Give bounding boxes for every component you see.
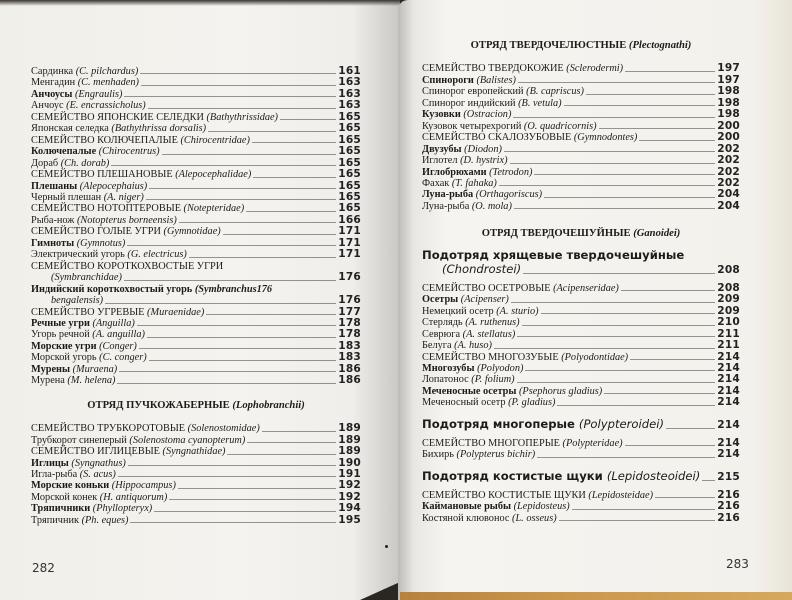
leader-dots — [119, 371, 336, 372]
index-entry-continued: bengalensis) 176 — [31, 295, 361, 306]
leader-dots — [105, 303, 336, 304]
entry-ru: Рыба-нож — [31, 215, 74, 226]
entry-ru: Морской конек — [31, 492, 97, 503]
entry-ru: Иглицы — [31, 458, 69, 469]
latin-text: Lophobranchii — [236, 400, 301, 411]
entry-latin: (B. capriscus) — [524, 86, 584, 97]
entry-title: Менгадин (C. menhaden) — [31, 77, 139, 88]
entry-latin: (H. antiquorum) — [97, 492, 167, 503]
order-heading: ОТРЯД ПУЧКОЖАБЕРНЫЕ (Lophobranchii) — [31, 400, 361, 411]
species-entry: Морской конек (H. antiquorum)192 — [31, 492, 361, 503]
suborder-ru: Подотряд многоперые — [422, 417, 575, 431]
entry-latin: (Ph. eques) — [79, 515, 128, 526]
suborder-ru: Подотряд хрящевые твердочешуйные — [422, 248, 740, 262]
entry-page: 216 — [717, 513, 740, 524]
entry-page: 176 — [338, 295, 361, 306]
entry-latin: (Notepteridae) — [181, 203, 244, 214]
leader-dots — [559, 520, 716, 521]
entry-latin: (L. osseus) — [509, 513, 556, 524]
entry-title: Стерлядь (A. ruthenus) — [422, 317, 520, 328]
species-entry: Рыба-нож (Notopterus borneensis)166 — [31, 215, 361, 226]
entry-title: Морские угри (Conger) — [31, 341, 137, 352]
genus-entry: Иглицы (Syngnathus)190 — [31, 458, 361, 469]
entry-latin: (A. sturio) — [494, 306, 539, 317]
index-entry: Индийский короткохвостый угорь (Symbranc… — [31, 284, 361, 295]
species-entry: Костяной клювонос (L. osseus)216 — [422, 513, 740, 524]
species-entry: Менгадин (C. menhaden)163 — [31, 77, 361, 88]
entry-title: Многозубы (Polyodon) — [422, 363, 523, 374]
entry-title: Кузовки (Ostracion) — [422, 109, 511, 120]
leader-dots — [517, 382, 716, 383]
leader-dots — [162, 154, 337, 155]
entry-latin: (Gymnotus) — [74, 238, 125, 249]
entry-latin: (Phyllopteryx) — [90, 503, 152, 514]
entry-title: Морской угорь (C. conger) — [31, 352, 147, 363]
entry-ru: Речные угри — [31, 318, 90, 329]
genus-entry: Морские угри (Conger)183 — [31, 341, 361, 352]
entry-page: 186 — [338, 375, 361, 386]
entry-page: 165 — [338, 169, 361, 180]
entry-latin: (Syngnathus) — [69, 458, 126, 469]
species-entry: Бихирь (Polypterus bichir)214 — [422, 449, 740, 460]
entry-title: Черный плешан (A. niger) — [31, 192, 144, 203]
latin-text: Chondrostei — [447, 262, 517, 276]
leader-dots — [666, 428, 715, 429]
species-entry: Трубкорот синеперый (Solenostoma cyanopt… — [31, 435, 361, 446]
leader-dots — [154, 511, 336, 512]
genus-entry: Двузубы (Diodon)202 — [422, 144, 740, 155]
family-entry: СЕМЕЙСТВО КОЛЮЧЕПАЛЫЕ (Chirocentridae)16… — [31, 135, 361, 146]
leader-dots — [513, 117, 715, 118]
species-entry: Меченосный осетр (P. gladius)214 — [422, 397, 740, 408]
leader-dots — [655, 497, 715, 498]
entry-title: СЕМЕЙСТВО УГРЕВЫЕ (Muraenidae) — [31, 307, 204, 318]
species-entry: Игла-рыба (S. acus)191 — [31, 469, 361, 480]
entry-ru: Каймановые рыбы — [422, 501, 511, 512]
genus-entry: Мурены (Muraena)186 — [31, 364, 361, 375]
species-entry: Белуга (A. huso)211 — [422, 340, 740, 351]
leader-dots — [280, 119, 336, 120]
entry-title: СЕМЕЙСТВО МНОГОПЕРЫЕ (Polypteridae) — [422, 438, 623, 449]
suborder-latin: (Lepidosteoidei) — [607, 469, 700, 483]
entry-title: Иглобрюхами (Tetrodon) — [422, 167, 532, 178]
entry-ru: СЕМЕЙСТВО ОСЕТРОВЫЕ — [422, 283, 551, 294]
entry-title: Костяной клювонос (L. osseus) — [422, 513, 557, 524]
latin-text: Plectognathi — [632, 40, 687, 51]
entry-ru: Бихирь — [422, 449, 454, 460]
leader-dots — [518, 82, 715, 83]
entry-latin: (M. helena) — [65, 375, 116, 386]
entry-ru: Иглотел — [422, 155, 458, 166]
entry-title: СЕМЕЙСТВО ТРУБКОРОТОВЫЕ (Solenostomidae) — [31, 423, 260, 434]
entry-ru: Мурены — [31, 364, 70, 375]
entry-latin: (Polypteridae) — [560, 438, 623, 449]
order-heading: ОТРЯД ТВЕРДОЧЕЛЮСТНЫЕ (Plectognathi) — [422, 40, 740, 51]
entry-title: Севрюга (A. stellatus) — [422, 329, 515, 340]
entry-ru: СЕМЕЙСТВО КОЛЮЧЕПАЛЫЕ — [31, 135, 178, 146]
family-entry: СЕМЕЙСТВО НОТОПТЕРОВЫЕ (Notepteridae)165 — [31, 203, 361, 214]
leader-dots — [118, 476, 337, 477]
entry-latin: (Solenostoma cyanopterum) — [127, 435, 245, 446]
entry-latin: (Symbranchidae) — [51, 272, 122, 283]
leader-dots — [537, 457, 715, 458]
entry-title: СЕМЕЙСТВО КОЛЮЧЕПАЛЫЕ (Chirocentridae) — [31, 135, 250, 146]
entry-latin: (T. fahaka) — [449, 178, 497, 189]
entry-title: СЕМЕЙСТВО НОТОПТЕРОВЫЕ (Notepteridae) — [31, 203, 244, 214]
entry-title: Тряпичник (Ph. eques) — [31, 515, 128, 526]
entry-latin: (Hippocampus) — [109, 480, 176, 491]
entry-title: Электрический угорь (G. electricus) — [31, 249, 187, 260]
genus-entry: Каймановые рыбы (Lepidosteus)216 — [422, 501, 740, 512]
leader-dots — [541, 313, 716, 314]
entry-title: Анчоусы (Engraulis) — [31, 89, 122, 100]
family-entry: СЕМЕЙСТВО МНОГОПЕРЫЕ (Polypteridae)214 — [422, 438, 740, 449]
leader-dots — [564, 105, 716, 106]
entry-ru: Костяной клювонос — [422, 513, 509, 524]
entry-title: Дораб (Ch. dorab) — [31, 158, 109, 169]
entry-page: 210 — [717, 317, 740, 328]
genus-entry: Луна-рыба (Orthagoriscus)204 — [422, 189, 740, 200]
entry-ru: Сардинка — [31, 66, 73, 77]
entry-page: 200 — [717, 132, 740, 143]
entry-latin: (A. huso) — [452, 340, 492, 351]
entry-latin: (Ostracion) — [461, 109, 512, 120]
suborder-title: Подотряд многоперые (Polypteroidei) — [422, 417, 664, 431]
index-list: СЕМЕЙСТВО МНОГОПЕРЫЕ (Polypteridae)214Би… — [422, 438, 740, 461]
entry-page: 214 — [717, 397, 740, 408]
genus-entry: Колючепалые (Chirocentrus)165 — [31, 146, 361, 157]
entry-latin: (Muraenidae) — [144, 307, 204, 318]
entry-latin: (C. conger) — [97, 352, 147, 363]
entry-ru: Мурена — [31, 375, 65, 386]
leader-dots — [525, 370, 715, 371]
entry-ru: Спинороги — [422, 75, 474, 86]
leader-dots — [246, 211, 336, 212]
leader-dots — [544, 197, 715, 198]
page-number: 282 — [32, 561, 55, 575]
entry-ru: Дораб — [31, 158, 58, 169]
entry-latin: (Psephorus gladius) — [516, 386, 602, 397]
leader-dots — [149, 188, 336, 189]
entry-ru: Игла-рыба — [31, 469, 77, 480]
species-entry: Тряпичник (Ph. eques)195 — [31, 515, 361, 526]
species-entry: Стерлядь (A. ruthenus)210 — [422, 317, 740, 328]
entry-latin: (Anguilla) — [90, 318, 135, 329]
index-list: СЕМЕЙСТВО ОСЕТРОВЫЕ (Acipenseridae)208Ос… — [422, 283, 740, 409]
leader-dots — [189, 257, 336, 258]
entry-page: 171 — [338, 249, 361, 260]
entry-title: Сардинка (C. pilchardus) — [31, 66, 138, 77]
entry-ru: Кузовок четырехрогий — [422, 121, 521, 132]
entry-latin: (Orthagoriscus) — [473, 189, 542, 200]
suborder-latin-row: (Chondrostei) 208 — [422, 262, 740, 277]
leader-dots — [139, 348, 336, 349]
entry-ru: Морские угри — [31, 341, 97, 352]
index-list: Сардинка (C. pilchardus)161Менгадин (C. … — [31, 66, 361, 261]
index-list: СЕМЕЙСТВО ТРУБКОРОТОВЫЕ (Solenostomidae)… — [31, 423, 361, 526]
entry-ru: Луна-рыба — [422, 189, 473, 200]
entry-ru: Двузубы — [422, 144, 462, 155]
print-speck — [385, 545, 388, 548]
page-shadow — [0, 0, 400, 6]
index-list: СЕМЕЙСТВО ТВЕРДОКОЖИЕ (Sclerodermi)197Сп… — [422, 63, 740, 212]
leader-dots — [223, 234, 337, 235]
entry-latin: (O. quadricornis) — [521, 121, 596, 132]
entry-title: Спинорог европейский (B. capriscus) — [422, 86, 584, 97]
leader-dots — [517, 336, 715, 337]
entry-title: Бихирь (Polypterus bichir) — [422, 449, 535, 460]
entry-latin: (G. electricus) — [125, 249, 187, 260]
genus-entry: Гимноты (Gymnotus)171 — [31, 238, 361, 249]
entry-title: Меченосный осетр (P. gladius) — [422, 397, 555, 408]
order-ru: ОТРЯД ТВЕРДОЧЕЛЮСТНЫЕ — [471, 40, 627, 51]
leader-dots — [510, 163, 716, 164]
entry-ru: Иглобрюхами — [422, 167, 487, 178]
entry-latin: (C. pilchardus) — [73, 66, 138, 77]
leader-dots — [511, 302, 715, 303]
page-number: 283 — [726, 557, 749, 571]
entry-ru: СЕМЕЙСТВО КОРОТКОХВОСТЫЕ УГРИ — [31, 261, 223, 272]
genus-entry: Тряпичники (Phyllopteryx)194 — [31, 503, 361, 514]
entry-title: СЕМЕЙСТВО ПЛЕШАНОВЫЕ (Alepocephalidae) — [31, 169, 251, 180]
index-list: СЕМЕЙСТВО КОСТИСТЫЕ ЩУКИ (Lepidosteidae)… — [422, 490, 740, 524]
leader-dots — [208, 131, 336, 132]
genus-entry: Речные угри (Anguilla)178 — [31, 318, 361, 329]
entry-ru: Фахак — [422, 178, 449, 189]
family-entry: СЕМЕЙСТВО ТВЕРДОКОЖИЕ (Sclerodermi)197 — [422, 63, 740, 74]
leader-dots — [252, 142, 336, 143]
entry-latin: (Syngnathidae) — [160, 446, 225, 457]
species-entry: Немецкий осетр (A. sturio)209 — [422, 306, 740, 317]
leader-dots — [253, 177, 336, 178]
entry-latin: (Balistes) — [474, 75, 516, 86]
entry-latin: (E. encrassicholus) — [64, 100, 146, 111]
entry-title: Меченосные осетры (Psephorus gladius) — [422, 386, 602, 397]
entry-ru: Лопатонос — [422, 374, 469, 385]
suborder-row: Подотряд многоперые (Polypteroidei) 214 — [422, 417, 740, 432]
entry-title: СЕМЕЙСТВО ИГЛИЦЕВЫЕ (Syngnathidae) — [31, 446, 225, 457]
leader-dots — [604, 393, 715, 394]
entry-latin: (D. hystrix) — [458, 155, 508, 166]
right-index-column: ОТРЯД ТВЕРДОЧЕЛЮСТНЫЕ (Plectognathi) СЕМ… — [422, 40, 740, 524]
entry-ru: Меченосные осетры — [422, 386, 516, 397]
order-ru: ОТРЯД ПУЧКОЖАБЕРНЫЕ — [87, 400, 229, 411]
entry-page: 198 — [717, 109, 740, 120]
leader-dots — [127, 245, 336, 246]
leader-dots — [169, 499, 336, 500]
genus-entry: Многозубы (Polyodon)214 — [422, 363, 740, 374]
entry-ru: Немецкий осетр — [422, 306, 494, 317]
genus-entry: Иглобрюхами (Tetrodon)202 — [422, 167, 740, 178]
entry-latin: bengalensis) — [51, 295, 103, 306]
family-entry: СЕМЕЙСТВО МНОГОЗУБЫЕ (Polyodontidae)214 — [422, 352, 740, 363]
leader-dots — [148, 108, 337, 109]
entry-ru: СЕМЕЙСТВО МНОГОЗУБЫЕ — [422, 352, 559, 363]
species-entry: Севрюга (A. stellatus)211 — [422, 329, 740, 340]
entry-latin: (Conger) — [97, 341, 137, 352]
entry-title: СЕМЕЙСТВО МНОГОЗУБЫЕ (Polyodontidae) — [422, 352, 628, 363]
suborder-latin: (Chondrostei) — [442, 262, 521, 276]
species-entry: Лопатонос (P. folium)214 — [422, 374, 740, 385]
entry-latin: (Engraulis) — [72, 89, 122, 100]
entry-ru: СЕМЕЙСТВО НОТОПТЕРОВЫЕ — [31, 203, 181, 214]
entry-ru: Морские коньки — [31, 480, 109, 491]
leader-dots — [523, 273, 715, 274]
entry-title: СЕМЕЙСТВО СКАЛОЗУБОВЫЕ (Gymnodontes) — [422, 132, 637, 143]
leader-dots — [599, 128, 716, 129]
entry-latin: (Notopterus borneensis) — [74, 215, 176, 226]
entry-ru: СЕМЕЙСТВО ТРУБКОРОТОВЫЕ — [31, 423, 185, 434]
species-entry: Фахак (T. fahaka)202 — [422, 178, 740, 189]
entry-latin: (Ch. dorab) — [58, 158, 109, 169]
leader-dots — [522, 325, 716, 326]
index-entry: СЕМЕЙСТВО КОРОТКОХВОСТЫЕ УГРИ — [31, 261, 361, 272]
entry-page: 189 — [338, 423, 361, 434]
entry-title: СЕМЕЙСТВО КОСТИСТЫЕ ЩУКИ (Lepidosteidae) — [422, 490, 653, 501]
entry-title: Гимноты (Gymnotus) — [31, 238, 125, 249]
entry-latin: (Lepidosteidae) — [586, 490, 653, 501]
entry-latin: (Bathythrissidae) — [204, 112, 278, 123]
entry-latin: (Symbranchus176 — [195, 284, 272, 295]
species-entry: Мурена (M. helena)186 — [31, 375, 361, 386]
entry-title: Рыба-нож (Notopterus borneensis) — [31, 215, 177, 226]
entry-latin: (A. stellatus) — [460, 329, 515, 340]
leader-dots — [124, 96, 336, 97]
index-list: СЕМЕЙСТВО УГРЕВЫЕ (Muraenidae)177Речные … — [31, 307, 361, 387]
entry-title: Трубкорот синеперый (Solenostoma cyanopt… — [31, 435, 245, 446]
entry-title: Игла-рыба (S. acus) — [31, 469, 116, 480]
leader-dots — [504, 151, 715, 152]
entry-page: 165 — [338, 123, 361, 134]
species-entry: Сардинка (C. pilchardus)161 — [31, 66, 361, 77]
entry-page: 208 — [717, 263, 740, 277]
family-entry: СЕМЕЙСТВО ИГЛИЦЕВЫЕ (Syngnathidae)189 — [31, 446, 361, 457]
leader-dots — [625, 71, 715, 72]
entry-ru: Кузовки — [422, 109, 461, 120]
entry-title: Колючепалые (Chirocentrus) — [31, 146, 160, 157]
entry-title: Лопатонос (P. folium) — [422, 374, 515, 385]
entry-ru: Стерлядь — [422, 317, 463, 328]
latin-text: Ganoidei — [637, 228, 677, 239]
leader-dots — [262, 431, 337, 432]
leader-dots — [179, 222, 336, 223]
species-entry: Японская селедка (Bathythrissa dorsalis)… — [31, 123, 361, 134]
entry-page: 204 — [717, 201, 740, 212]
leader-dots — [206, 314, 336, 315]
family-entry: СЕМЕЙСТВО ОСЕТРОВЫЕ (Acipenseridae)208 — [422, 283, 740, 294]
entry-page: 214 — [717, 418, 740, 432]
entry-page: 165 — [338, 146, 361, 157]
entry-ru: СЕМЕЙСТВО ГОЛЫЕ УГРИ — [31, 226, 161, 237]
entry-title: Двузубы (Diodon) — [422, 144, 502, 155]
entry-title: Плешаны (Alepocephaius) — [31, 181, 147, 192]
entry-title: Индийский короткохвостый угорь (Symbranc… — [31, 284, 272, 295]
entry-latin: (A. niger) — [101, 192, 144, 203]
entry-ru: Гимноты — [31, 238, 74, 249]
suborder-heading: Подотряд хрящевые твердочешуйные (Chondr… — [422, 248, 740, 277]
entry-page: 209 — [717, 294, 740, 305]
order-latin: (Ganoidei) — [633, 228, 680, 239]
entry-ru: Менгадин — [31, 77, 75, 88]
suborder-heading: Подотряд костистые щуки (Lepidosteoidei)… — [422, 469, 740, 484]
entry-page: 176 — [338, 272, 361, 283]
species-entry: Спинорог индийский (B. vetula)198 — [422, 98, 740, 109]
family-entry: СЕМЕЙСТВО СКАЛОЗУБОВЫЕ (Gymnodontes)200 — [422, 132, 740, 143]
family-entry: СЕМЕЙСТВО ЯПОНСКИЕ СЕЛЕДКИ (Bathythrissi… — [31, 112, 361, 123]
entry-ru: Белуга — [422, 340, 452, 351]
entry-page: 202 — [717, 155, 740, 166]
entry-latin: (Acipenseridae) — [551, 283, 619, 294]
entry-ru: СЕМЕЙСТВО ЯПОНСКИЕ СЕЛЕДКИ — [31, 112, 204, 123]
entry-ru: Угорь речной — [31, 329, 90, 340]
entry-latin: (Gymnodontes) — [571, 132, 637, 143]
species-entry: Черный плешан (A. niger)165 — [31, 192, 361, 203]
species-entry: Кузовок четырехрогий (O. quadricornis)20… — [422, 121, 740, 132]
entry-ru: Черный плешан — [31, 192, 101, 203]
leader-dots — [557, 405, 715, 406]
leader-dots — [130, 522, 336, 523]
index-entry-continued: (Symbranchidae) 176 — [31, 272, 361, 283]
leader-dots — [572, 509, 716, 510]
entry-latin: (Muraena) — [70, 364, 117, 375]
leader-dots — [494, 348, 715, 349]
entry-latin: (P. folium) — [469, 374, 515, 385]
entry-title: СЕМЕЙСТВО ТВЕРДОКОЖИЕ (Sclerodermi) — [422, 63, 623, 74]
species-entry: Спинорог европейский (B. capriscus)198 — [422, 86, 740, 97]
entry-title: Морские коньки (Hippocampus) — [31, 480, 176, 491]
leader-dots — [141, 85, 336, 86]
entry-title: Иглотел (D. hystrix) — [422, 155, 508, 166]
entry-ru: СЕМЕЙСТВО КОСТИСТЫЕ ЩУКИ — [422, 490, 586, 501]
entry-page: 214 — [717, 449, 740, 460]
entry-latin: (P. gladius) — [506, 397, 556, 408]
latin-text: Symbranchidae — [54, 272, 118, 283]
entry-ru: Электрический угорь — [31, 249, 125, 260]
family-entry: СЕМЕЙСТВО ПЛЕШАНОВЫЕ (Alepocephalidae)16… — [31, 169, 361, 180]
left-page: Сардинка (C. pilchardus)161Менгадин (C. … — [0, 0, 400, 600]
genus-entry: Анчоусы (Engraulis)163 — [31, 89, 361, 100]
species-entry: Морской угорь (C. conger)183 — [31, 352, 361, 363]
entry-title: Японская селедка (Bathythrissa dorsalis) — [31, 123, 206, 134]
leader-dots — [514, 208, 715, 209]
entry-ru: Меченосный осетр — [422, 397, 506, 408]
latin-text: Polypteroidei — [583, 417, 659, 431]
suborder-latin: (Polypteroidei) — [579, 417, 664, 431]
entry-page: 211 — [717, 340, 740, 351]
suborder-row: Подотряд костистые щуки (Lepidosteoidei)… — [422, 469, 740, 484]
entry-title: Фахак (T. fahaka) — [422, 178, 497, 189]
entry-title: СЕМЕЙСТВО ЯПОНСКИЕ СЕЛЕДКИ (Bathythrissi… — [31, 112, 278, 123]
leader-dots — [586, 94, 715, 95]
leader-dots — [227, 454, 336, 455]
leader-dots — [117, 383, 336, 384]
entry-latin: (Solenostomidae) — [185, 423, 260, 434]
species-entry: Луна-рыба (O. mola)204 — [422, 201, 740, 212]
entry-latin: (Polyodontidae) — [559, 352, 628, 363]
leader-dots — [149, 360, 337, 361]
genus-entry: Меченосные осетры (Psephorus gladius)214 — [422, 386, 740, 397]
entry-ru: СЕМЕЙСТВО ТВЕРДОКОЖИЕ — [422, 63, 564, 74]
latin-text: Lepidosteoidei — [611, 469, 695, 483]
entry-title: Анчоус (E. encrassicholus) — [31, 100, 146, 111]
left-index-column: Сардинка (C. pilchardus)161Менгадин (C. … — [31, 66, 361, 526]
family-entry: СЕМЕЙСТВО ТРУБКОРОТОВЫЕ (Solenostomidae)… — [31, 423, 361, 434]
entry-latin: (Alepocephalidae) — [173, 169, 252, 180]
genus-entry: Осетры (Acipenser)209 — [422, 294, 740, 305]
leader-dots — [625, 445, 716, 446]
leader-dots — [639, 140, 715, 141]
genus-entry: Плешаны (Alepocephaius)165 — [31, 181, 361, 192]
